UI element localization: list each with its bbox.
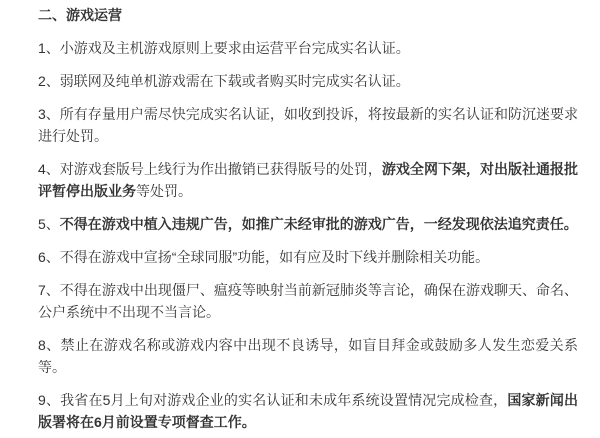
rule-text: 9、我省在5月上旬对游戏企业的实名认证和未成年系统设置情况完成检查， [38, 392, 507, 408]
rule-item: 9、我省在5月上旬对游戏企业的实名认证和未成年系统设置情况完成检查，国家新闻出版… [38, 389, 578, 433]
section-heading: 二、游戏运营 [38, 4, 578, 26]
rule-item: 6、不得在游戏中宣扬“全球同服”功能，如有应及时下线并删除相关功能。 [38, 246, 578, 268]
rule-item: 7、不得在游戏中出现僵尸、瘟疫等映射当前新冠肺炎等言论，确保在游戏聊天、命名、公… [38, 279, 578, 323]
rule-text: 4、对游戏套版号上线行为作出撤销已获得版号的处罚， [38, 161, 382, 177]
rule-text: 7、不得在游戏中出现僵尸、瘟疫等映射当前新冠肺炎等言论，确保在游戏聊天、命名、公… [38, 282, 578, 320]
rule-item: 3、所有存量用户需尽快完成实名认证，如收到投诉，将按最新的实名认证和防沉迷要求进… [38, 103, 578, 147]
rule-item: 4、对游戏套版号上线行为作出撤销已获得版号的处罚，游戏全网下架，对出版社通报批评… [38, 158, 578, 202]
article-body: 二、游戏运营 1、小游戏及主机游戏原则上要求由运营平台完成实名认证。2、弱联网及… [0, 0, 600, 433]
rule-text-bold: 不得在游戏中植入违规广告，如推广未经审批的游戏广告，一经发现依法追究责任。 [60, 216, 578, 232]
rule-item: 8、禁止在游戏名称或游戏内容中出现不良诱导，如盲目拜金或鼓励多人发生恋爱关系等。 [38, 334, 578, 378]
rule-item: 1、小游戏及主机游戏原则上要求由运营平台完成实名认证。 [38, 37, 578, 59]
rule-text: 2、弱联网及纯单机游戏需在下载或者购买时完成实名认证。 [38, 73, 410, 89]
rule-text: 1、小游戏及主机游戏原则上要求由运营平台完成实名认证。 [38, 40, 410, 56]
rule-text: 等处罚。 [136, 183, 192, 199]
rule-item: 2、弱联网及纯单机游戏需在下载或者购买时完成实名认证。 [38, 70, 578, 92]
rule-text: 6、不得在游戏中宣扬“全球同服”功能，如有应及时下线并删除相关功能。 [38, 249, 489, 265]
rule-item: 5、不得在游戏中植入违规广告，如推广未经审批的游戏广告，一经发现依法追究责任。 [38, 213, 578, 235]
rule-text: 3、所有存量用户需尽快完成实名认证，如收到投诉，将按最新的实名认证和防沉迷要求进… [38, 106, 578, 144]
rule-text: 8、禁止在游戏名称或游戏内容中出现不良诱导，如盲目拜金或鼓励多人发生恋爱关系等。 [38, 337, 578, 375]
rule-text: 5、 [38, 216, 60, 232]
rule-item-list: 1、小游戏及主机游戏原则上要求由运营平台完成实名认证。2、弱联网及纯单机游戏需在… [38, 37, 578, 433]
